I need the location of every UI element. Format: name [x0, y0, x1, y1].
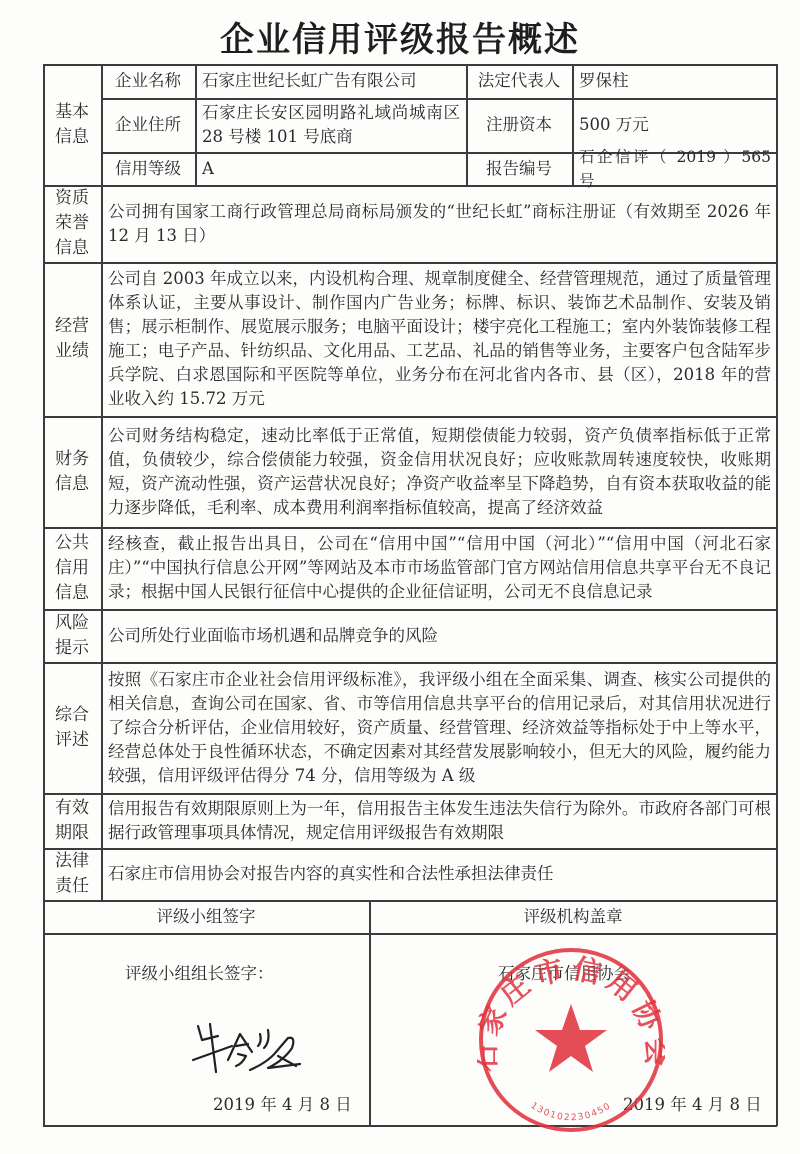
handwritten-signature	[188, 1012, 328, 1082]
legal-rep-value: 罗保柱	[572, 64, 777, 98]
section-label: 风险 提示	[43, 609, 101, 662]
right-date: 2019 年 4 月 8 日	[623, 1090, 783, 1120]
section-text-business: 公司自 2003 年成立以来，内设机构合理、规章制度健全、经营管理规范，通过了质…	[101, 262, 777, 416]
border-bottom	[43, 1125, 777, 1127]
address-value: 石家庄长安区园明路礼域尚城南区 28 号楼 101 号底商	[195, 98, 466, 152]
signature-header-right: 评级机构盖章	[369, 900, 777, 933]
section-text-legal: 石家庄市信用协会对报告内容的真实性和合法性承担法律责任	[101, 848, 777, 900]
section-text-finance: 公司财务结构稳定，速动比率低于正常值，短期偿债能力较弱，资产负债率指标低于正常值…	[101, 416, 777, 527]
address-label: 企业住所	[101, 98, 195, 152]
leader-signature-label: 评级小组组长签字：	[125, 959, 325, 989]
section-text-validity: 信用报告有效期限原则上为一年，信用报告主体发生违法失信行为除外。市政府各部门可根…	[101, 793, 777, 848]
credit-grade-value: A	[195, 152, 466, 185]
report-no-value: 石企信评（ 2019 ）565 号	[572, 152, 777, 185]
company-name-label: 企业名称	[101, 64, 195, 98]
credit-report-table: 基本 信息 企业名称 石家庄世纪长虹广告有限公司 法定代表人 罗保柱 企业住所 …	[43, 64, 777, 1126]
left-date: 2019 年 4 月 8 日	[213, 1090, 373, 1120]
section-label: 财务 信息	[43, 416, 101, 527]
signature-header-left: 评级小组签字	[43, 900, 369, 933]
section-label: 经营 业绩	[43, 262, 101, 416]
report-no-label: 报告编号	[466, 152, 572, 185]
section-text-qualifications: 公司拥有国家工商行政管理总局商标局颁发的“世纪长虹”商标注册证（有效期至 202…	[101, 185, 777, 262]
legal-rep-label: 法定代表人	[466, 64, 572, 98]
section-text-risk: 公司所处行业面临市场机遇和品牌竞争的风险	[101, 609, 777, 662]
credit-grade-label: 信用等级	[101, 152, 195, 185]
section-text-summary: 按照《石家庄市企业社会信用评级标准》，我评级小组在全面采集、调查、核实公司提供的…	[101, 662, 777, 793]
section-label: 公共 信用 信息	[43, 527, 101, 609]
section-label: 综合 评述	[43, 662, 101, 793]
divider	[43, 933, 777, 935]
org-name: 石家庄市信用协会	[498, 959, 698, 989]
section-label: 法律 责任	[43, 848, 101, 900]
company-name-value: 石家庄世纪长虹广告有限公司	[195, 64, 466, 98]
section-label: 资质 荣誉 信息	[43, 185, 101, 262]
capital-label: 注册资本	[466, 98, 572, 152]
section-label-basic-info: 基本 信息	[43, 64, 101, 185]
page-title: 企业信用评级报告概述	[0, 12, 800, 61]
section-text-public-credit: 经核查，截止报告出具日，公司在“信用中国”“信用中国（河北）”“信用中国（河北石…	[101, 527, 777, 609]
section-label: 有效 期限	[43, 793, 101, 848]
